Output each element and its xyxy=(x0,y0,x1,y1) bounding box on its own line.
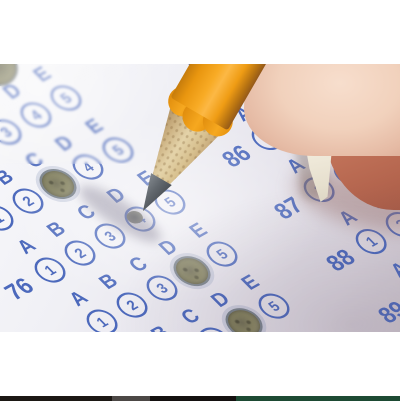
strip-segment xyxy=(112,396,150,401)
answer-letter: E xyxy=(184,219,213,243)
answer-bubble: 5 xyxy=(44,81,88,115)
answer-letter: D xyxy=(50,131,80,156)
answer-letter: B xyxy=(94,269,124,294)
answer-letter: B xyxy=(0,165,19,190)
answer-letter: A xyxy=(385,257,400,282)
answer-bubble: 4 xyxy=(14,98,58,132)
question-number: 76 xyxy=(0,274,41,306)
answer-letter: C xyxy=(124,252,154,277)
answer-letter: E xyxy=(236,271,265,295)
question-number: 89 xyxy=(372,297,400,329)
answer-letter: C xyxy=(176,304,206,329)
answer-bubble: 2 xyxy=(110,288,154,322)
answer-letter: E xyxy=(80,115,109,139)
answer-letter: E xyxy=(28,64,57,87)
answer-bubble: 1 xyxy=(80,305,124,332)
answer-letter: C xyxy=(20,148,50,173)
hand xyxy=(244,64,400,156)
answer-letter: A xyxy=(64,286,94,311)
photo-frame: ABCDE12345ABCDE124576ABCDE12345ABCDE1235… xyxy=(0,0,400,401)
strip-segment xyxy=(236,396,400,401)
question-number: 88 xyxy=(320,245,361,277)
bottom-border-strip xyxy=(0,396,400,401)
strip-segment xyxy=(0,396,112,401)
answer-bubble: 2 xyxy=(58,236,102,270)
filled-bubble xyxy=(0,64,18,86)
answer-letter: A xyxy=(12,234,42,259)
answer-letter: B xyxy=(146,321,176,332)
answer-bubble: 1 xyxy=(28,253,72,287)
strip-segment xyxy=(150,396,236,401)
answer-letter: D xyxy=(206,287,236,312)
answer-sheet-photo: ABCDE12345ABCDE124576ABCDE12345ABCDE1235… xyxy=(0,64,400,332)
answer-letter: B xyxy=(42,217,72,242)
